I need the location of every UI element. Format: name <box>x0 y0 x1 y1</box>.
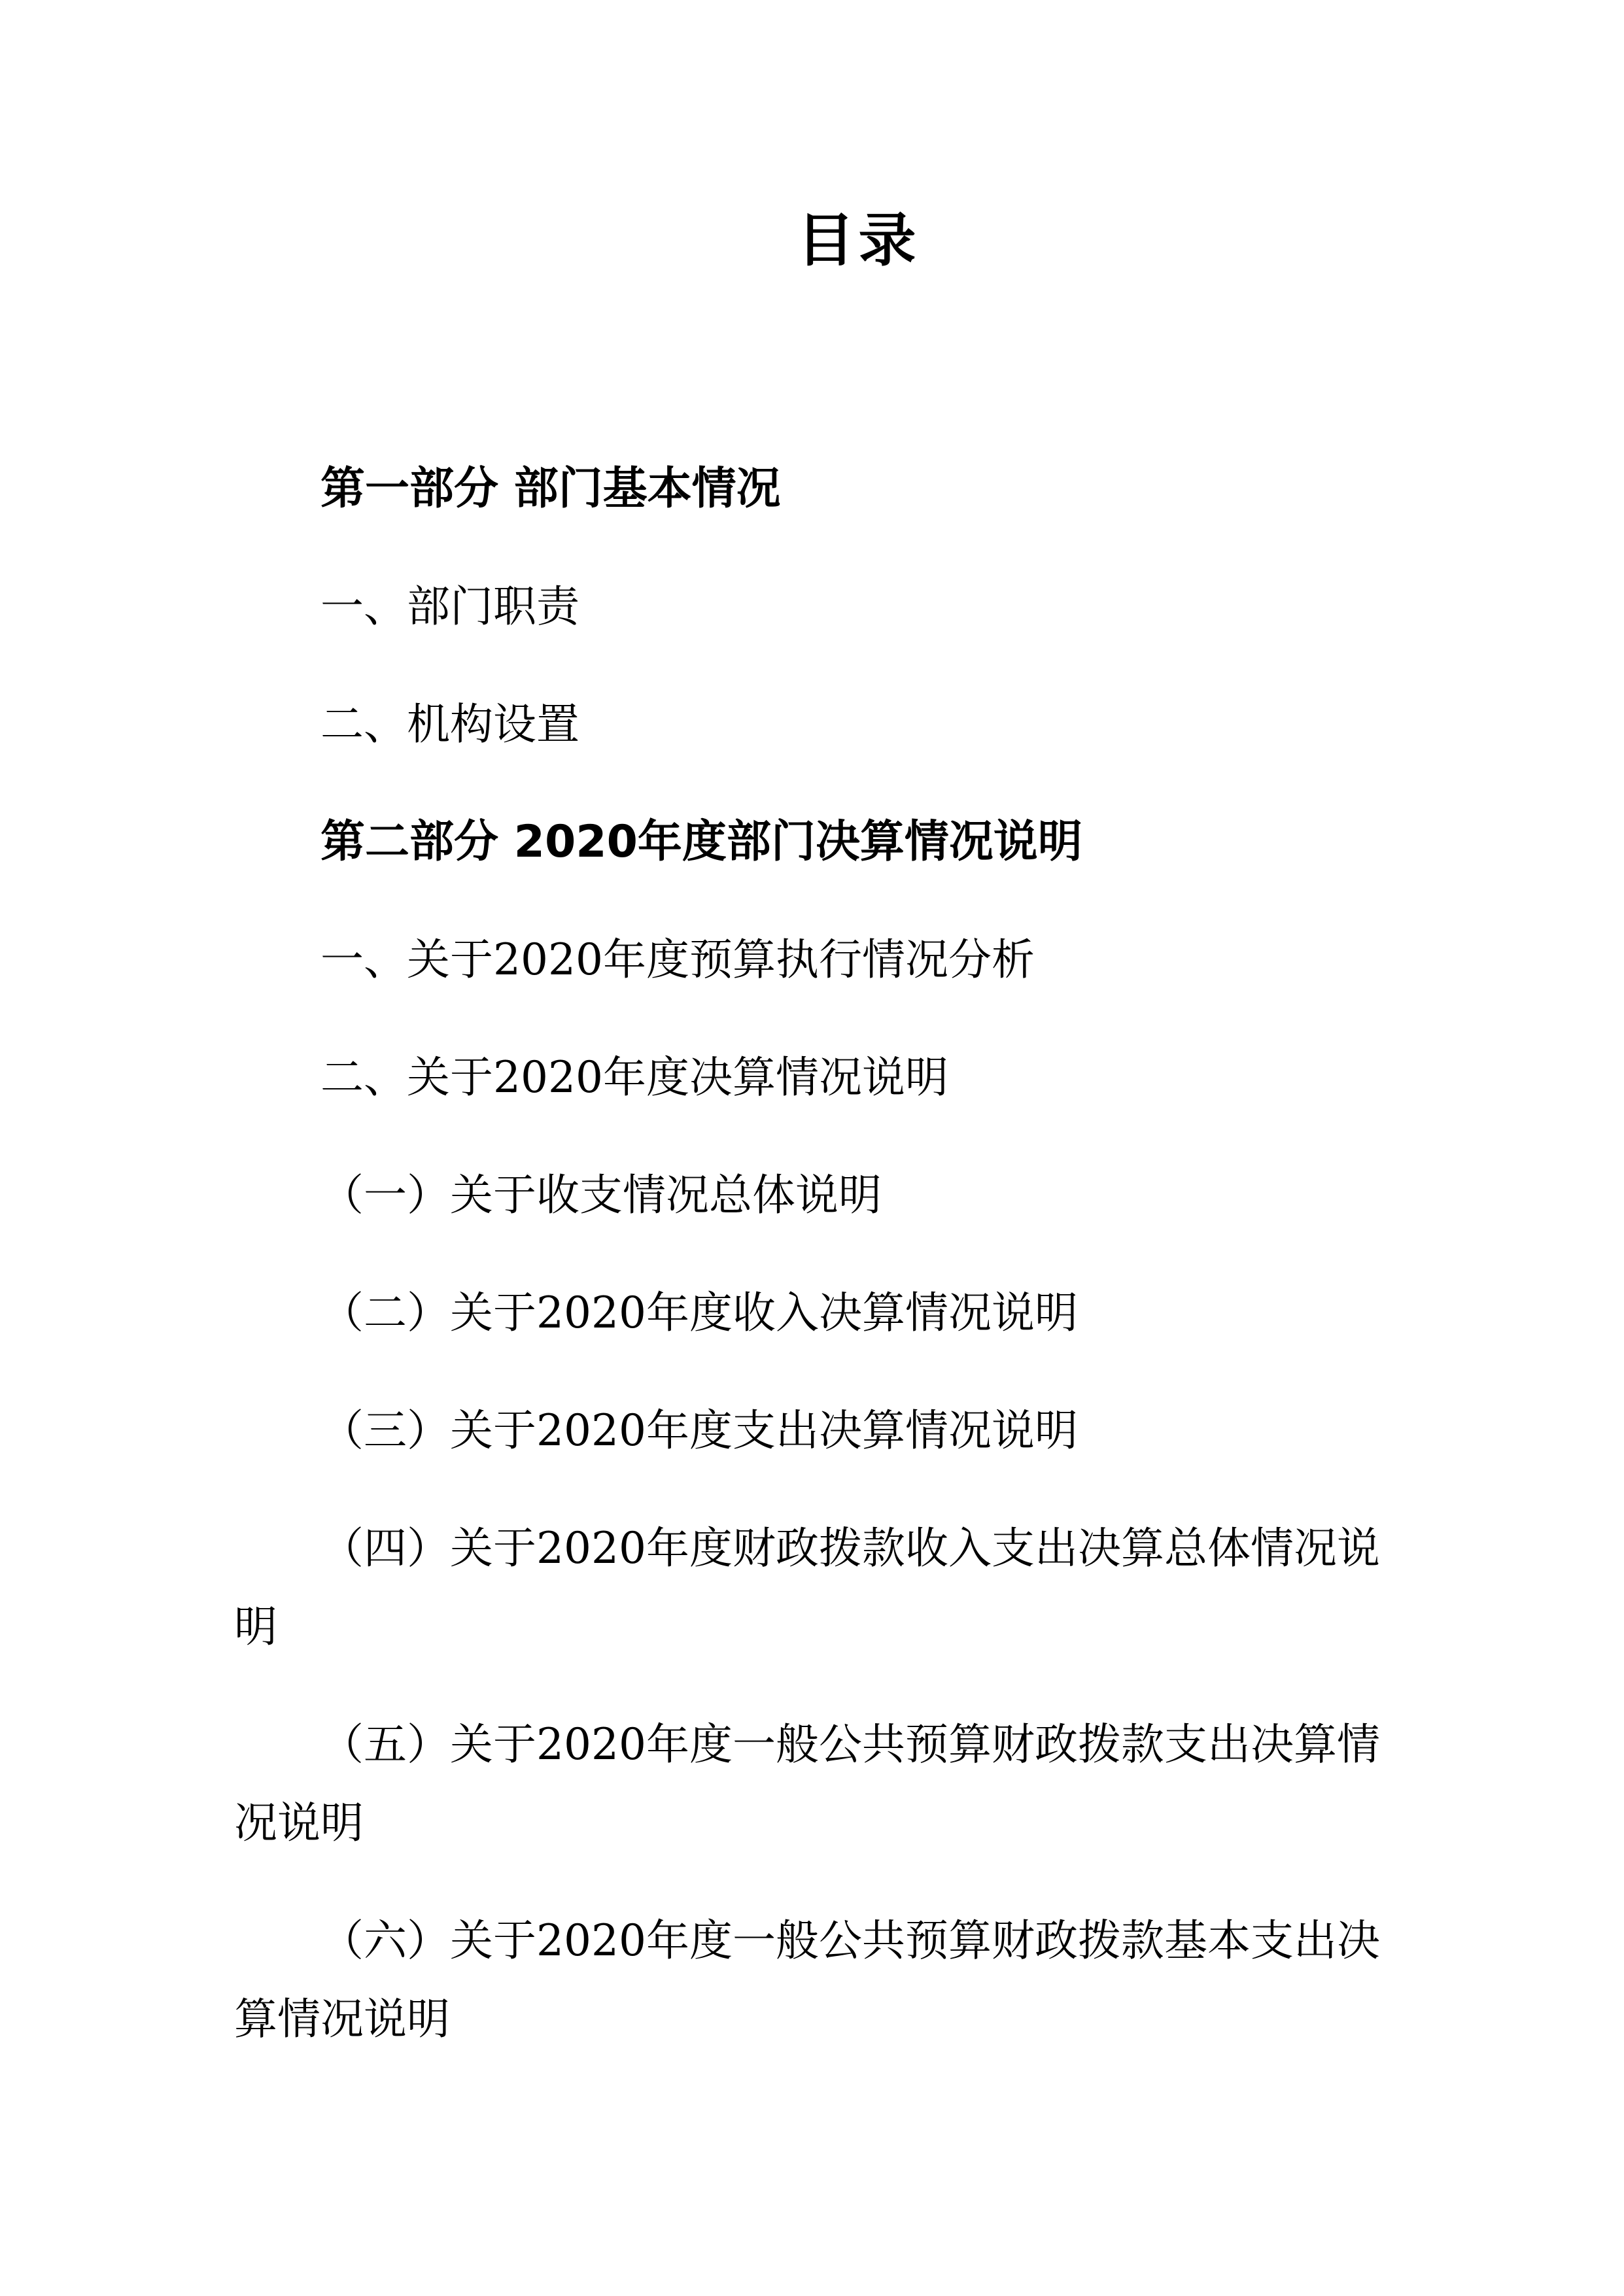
toc-entry-line: （四）关于2020年度财政拨款收入支出决算总体情况说 <box>234 1509 1377 1588</box>
toc-entry-line: （五）关于2020年度一般公共预算财政拨款支出决算情 <box>234 1705 1377 1784</box>
toc-entry-line: 二、关于2020年度决算情况说明 <box>234 1038 1377 1117</box>
page-title: 目录 <box>234 205 1377 277</box>
toc-entry-line: （一）关于收支情况总体说明 <box>234 1156 1377 1235</box>
toc-entry-income-accounts: （二）关于2020年度收入决算情况说明 <box>234 1274 1377 1352</box>
toc-entry-line: （三）关于2020年度支出决算情况说明 <box>234 1392 1377 1470</box>
toc-entry-line: 算情况说明 <box>234 1980 1377 2059</box>
toc-entry-part1: 第一部分 部门基本情况 <box>234 450 1377 528</box>
toc-entry-line: 况说明 <box>234 1784 1377 1862</box>
toc-entry-line: 第一部分 部门基本情况 <box>234 450 1377 528</box>
toc-entry-final-accounts: 二、关于2020年度决算情况说明 <box>234 1038 1377 1117</box>
toc-entry-line: （六）关于2020年度一般公共预算财政拨款基本支出决 <box>234 1902 1377 1980</box>
toc-entry-fiscal-appropriation-overall: （四）关于2020年度财政拨款收入支出决算总体情况说 明 <box>234 1509 1377 1666</box>
toc-entry-line: （二）关于2020年度收入决算情况说明 <box>234 1274 1377 1352</box>
toc-entry-basic-expense: （六）关于2020年度一般公共预算财政拨款基本支出决 算情况说明 <box>234 1902 1377 2059</box>
toc-entry-line: 第二部分 2020年度部门决算情况说明 <box>234 803 1377 882</box>
toc-entry-overall-income-expense: （一）关于收支情况总体说明 <box>234 1156 1377 1235</box>
toc-entry-line: 一、关于2020年度预算执行情况分析 <box>234 921 1377 999</box>
toc-entry-public-budget-expense: （五）关于2020年度一般公共预算财政拨款支出决算情 况说明 <box>234 1705 1377 1862</box>
toc-entry-organization: 二、机构设置 <box>234 685 1377 764</box>
toc-entry-line: 明 <box>234 1588 1377 1666</box>
toc-entry-duties: 一、部门职责 <box>234 568 1377 646</box>
document-page: 目录 第一部分 部门基本情况 一、部门职责 二、机构设置 第二部分 2020年度… <box>0 0 1624 2296</box>
toc-entry-line: 一、部门职责 <box>234 568 1377 646</box>
toc-entry-budget-execution: 一、关于2020年度预算执行情况分析 <box>234 921 1377 999</box>
toc-entry-part2: 第二部分 2020年度部门决算情况说明 <box>234 803 1377 882</box>
toc-entry-line: 二、机构设置 <box>234 685 1377 764</box>
toc-entry-expense-accounts: （三）关于2020年度支出决算情况说明 <box>234 1392 1377 1470</box>
toc-content: 目录 第一部分 部门基本情况 一、部门职责 二、机构设置 第二部分 2020年度… <box>234 205 1377 2098</box>
